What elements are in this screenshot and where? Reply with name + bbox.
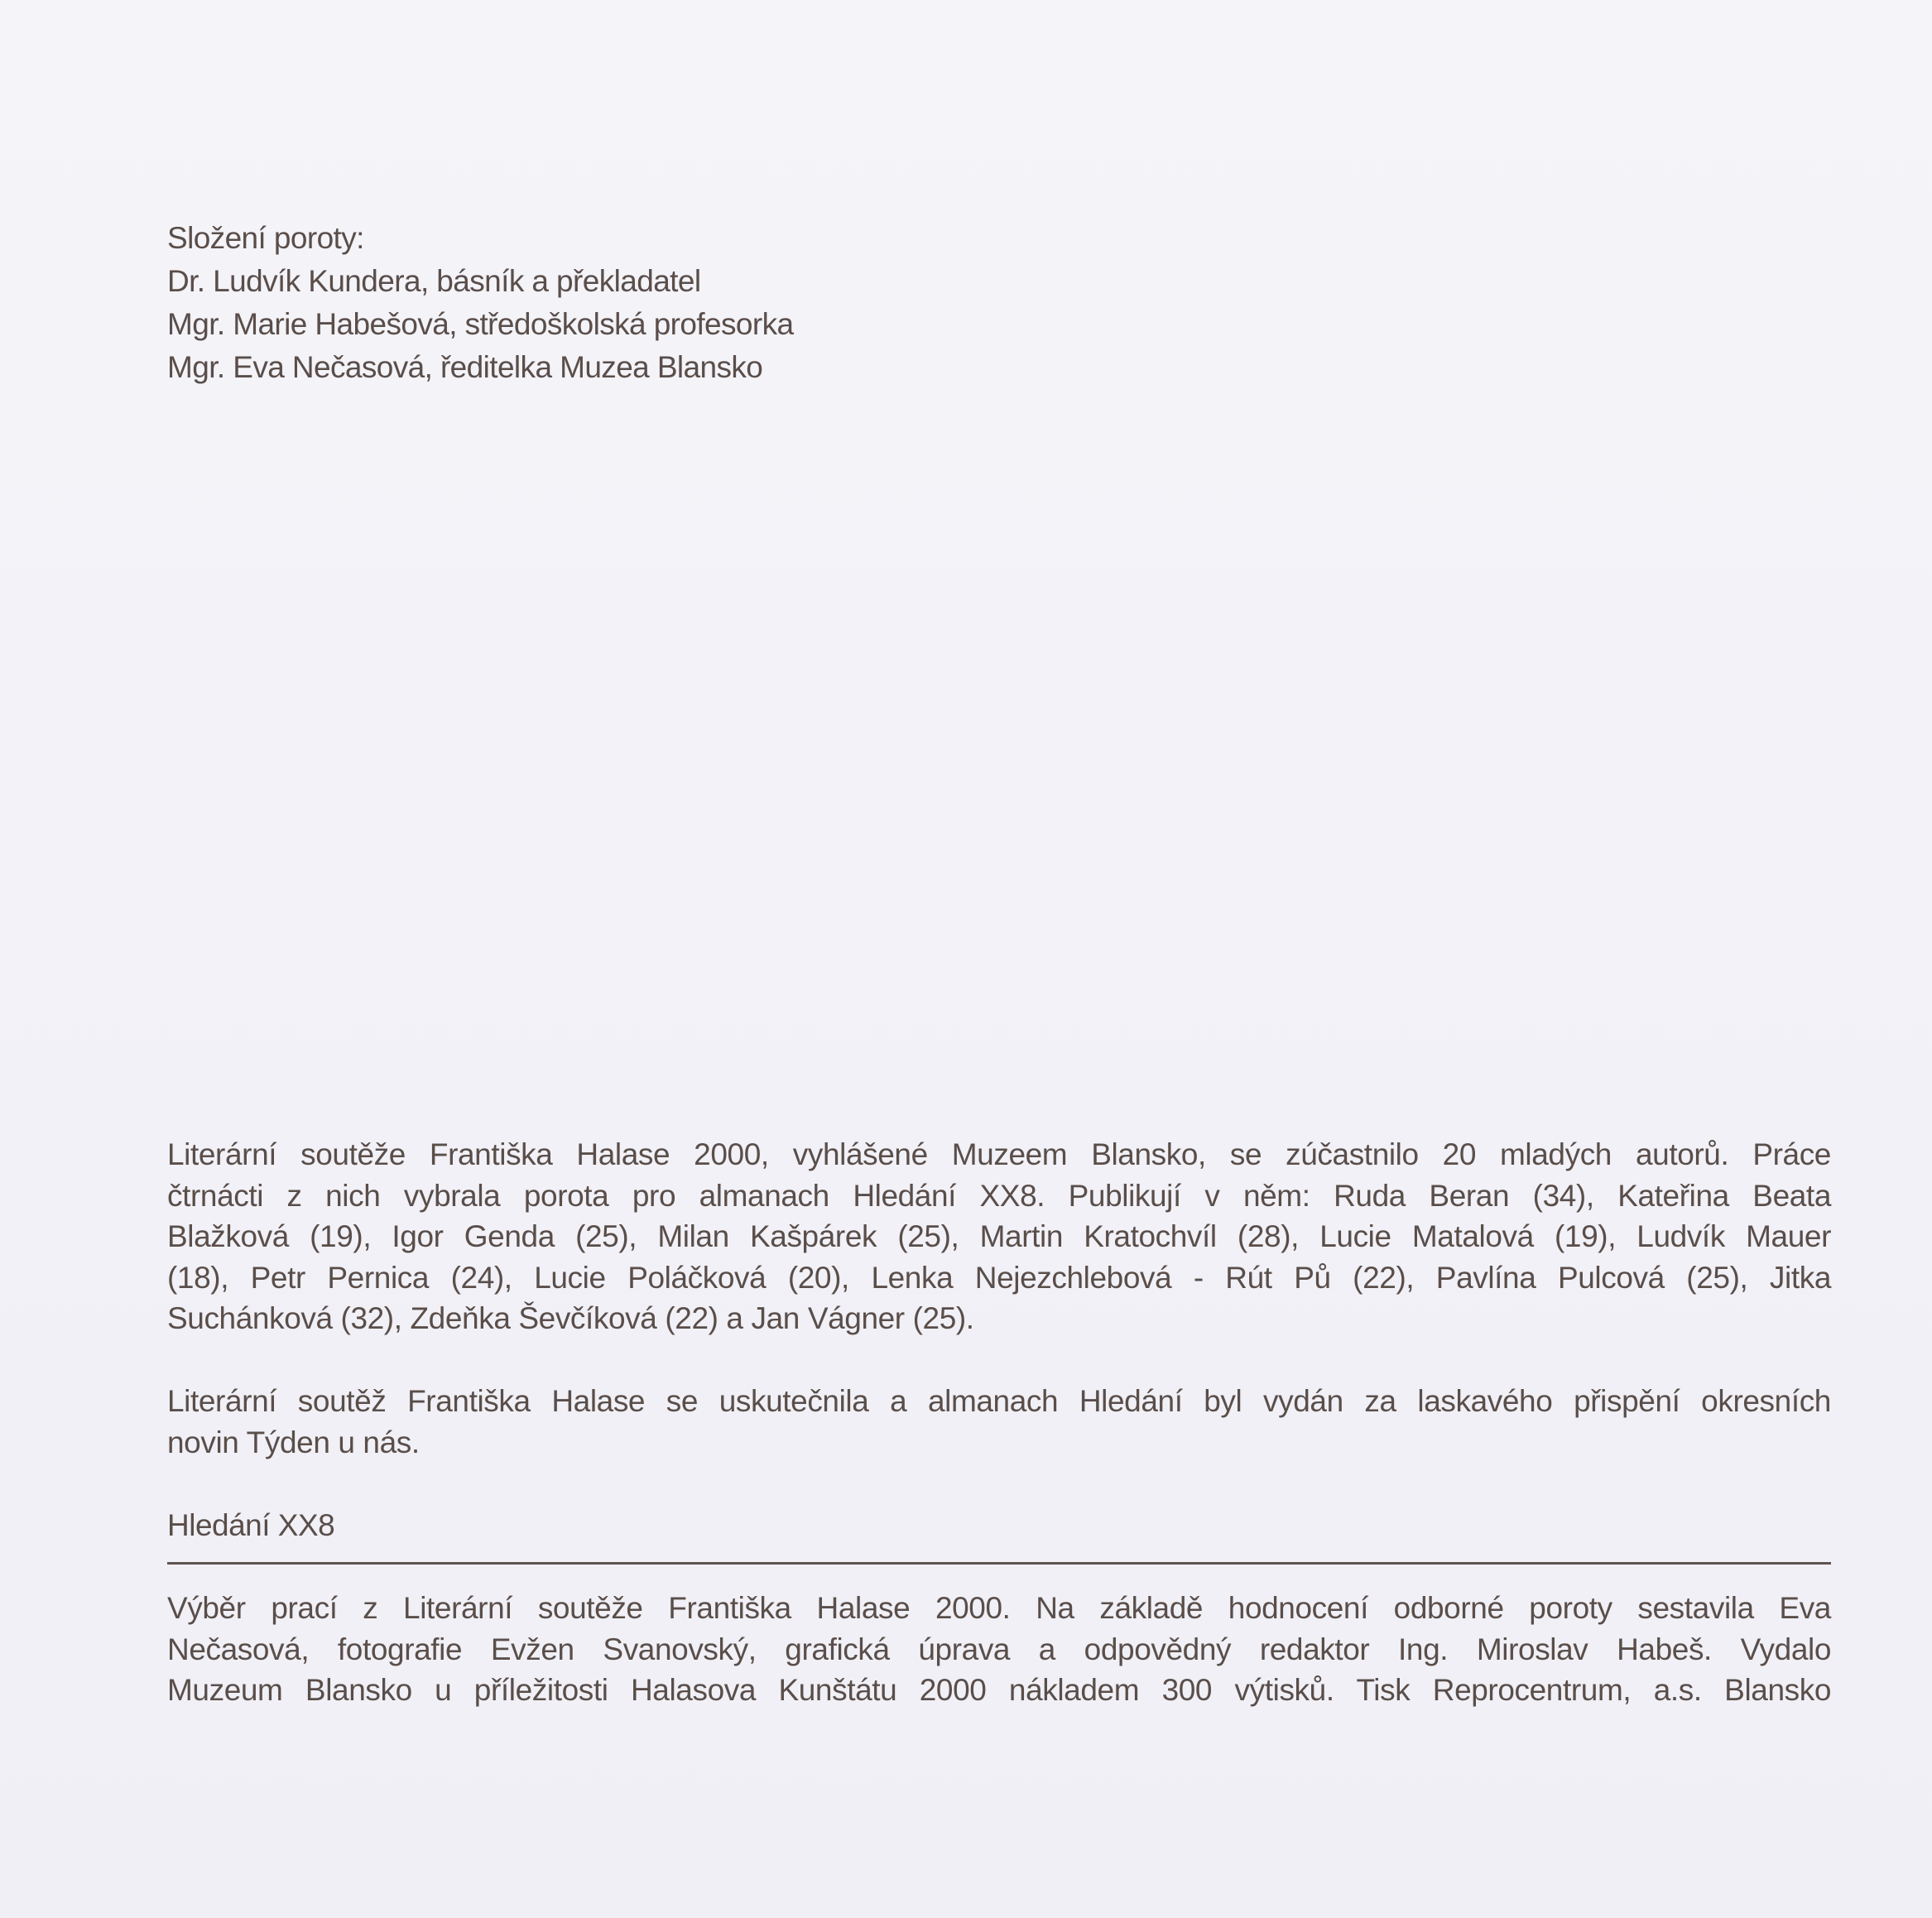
divider-rule	[167, 1562, 1831, 1565]
colophon-paragraph: Výběr prací z Literární soutěže Františk…	[167, 1588, 1831, 1711]
acknowledgement-paragraph: Literární soutěž Františka Halase se usk…	[167, 1381, 1831, 1463]
colophon-line: Muzeum Blansko u příležitosti Halasova K…	[167, 1670, 1831, 1711]
jury-member: Mgr. Marie Habešová, středoškolská profe…	[167, 303, 794, 346]
intro-line: Literární soutěže Františka Halase 2000,…	[167, 1134, 1831, 1175]
acknowledgement-line: Literární soutěž Františka Halase se usk…	[167, 1381, 1831, 1422]
jury-member: Mgr. Eva Nečasová, ředitelka Muzea Blans…	[167, 346, 794, 389]
colophon-line: Nečasová, fotografie Evžen Svanovský, gr…	[167, 1629, 1831, 1670]
colophon-line: Výběr prací z Literární soutěže Františk…	[167, 1588, 1831, 1629]
colophon-title: Hledání XX8	[167, 1505, 334, 1546]
jury-section: Složení poroty: Dr. Ludvík Kundera, básn…	[167, 217, 794, 389]
intro-paragraph: Literární soutěže Františka Halase 2000,…	[167, 1134, 1831, 1339]
document-page: Složení poroty: Dr. Ludvík Kundera, básn…	[0, 0, 1932, 1918]
acknowledgement-line: novin Týden u nás.	[167, 1422, 1831, 1464]
jury-member: Dr. Ludvík Kundera, básník a překladatel	[167, 260, 794, 303]
intro-line: Blažková (19), Igor Genda (25), Milan Ka…	[167, 1216, 1831, 1257]
intro-line: Suchánková (32), Zdeňka Ševčíková (22) a…	[167, 1298, 1831, 1339]
jury-heading: Složení poroty:	[167, 217, 794, 260]
intro-line: (18), Petr Pernica (24), Lucie Poláčková…	[167, 1257, 1831, 1299]
intro-line: čtrnácti z nich vybrala porota pro alman…	[167, 1175, 1831, 1217]
